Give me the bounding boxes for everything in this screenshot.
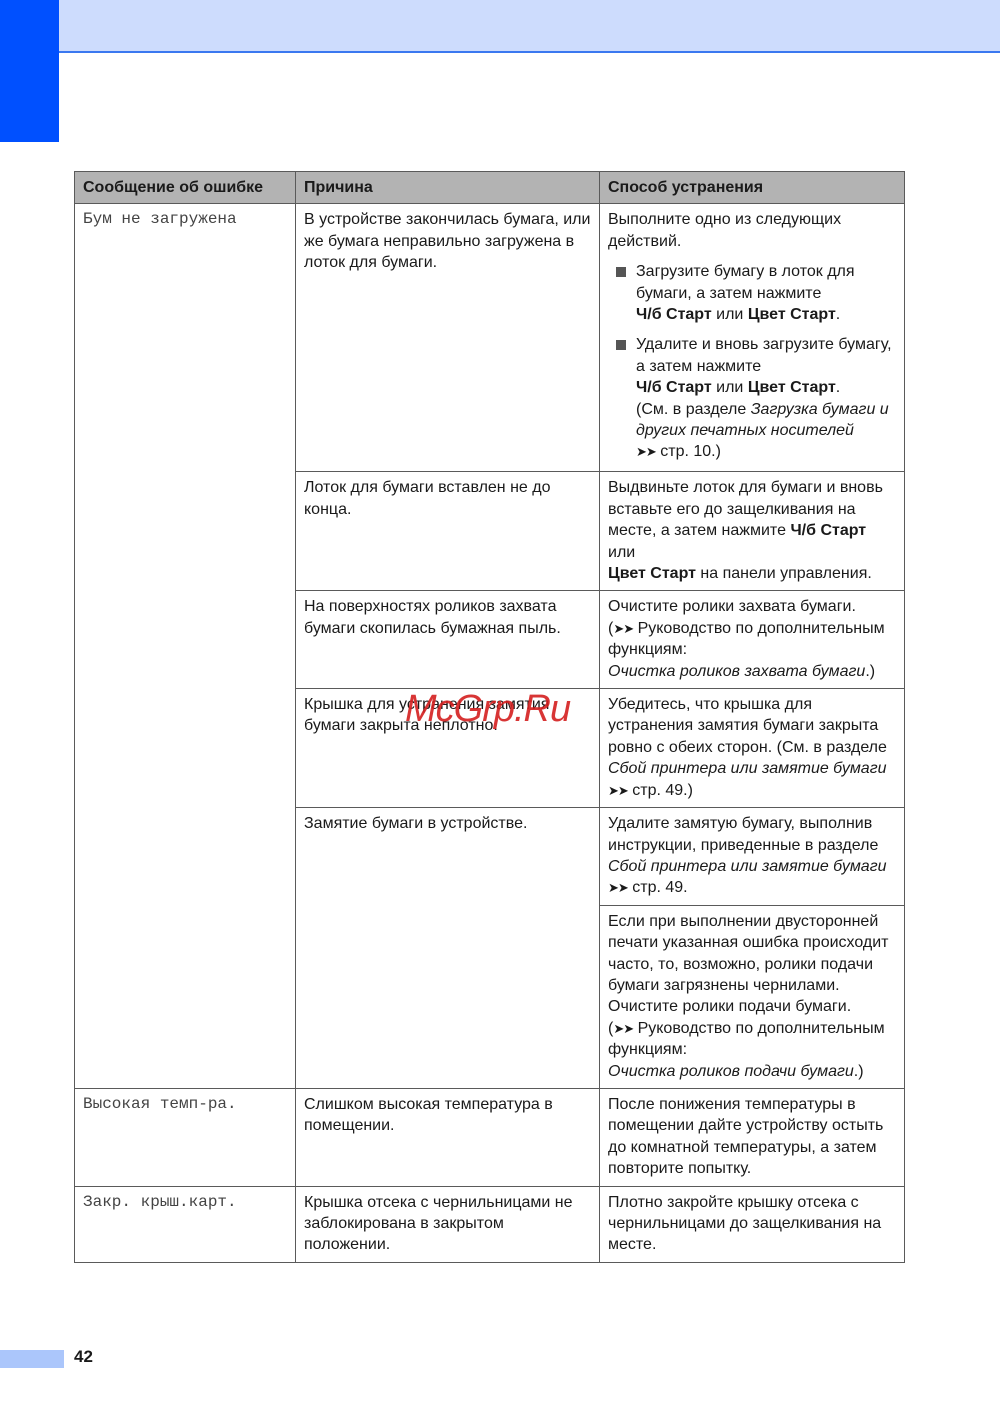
column-header-remedy: Способ устранения bbox=[600, 172, 905, 204]
colour-start-key: Цвет Старт bbox=[748, 306, 836, 323]
remedy-bullet: Загрузите бумагу в лоток для бумаги, а з… bbox=[608, 261, 896, 325]
double-arrow-icon: ➤➤ bbox=[608, 880, 628, 895]
remedy-cell: Выполните одно из следующих действий. За… bbox=[600, 204, 905, 472]
cross-reference-link[interactable]: Сбой принтера или замятие бумаги bbox=[608, 858, 886, 875]
remedy-cell: Плотно закройте крышку отсека с чернильн… bbox=[600, 1186, 905, 1262]
mono-start-key: Ч/б Старт bbox=[636, 306, 712, 323]
error-message-no-paper: Бум не загружена bbox=[75, 204, 296, 1089]
column-header-cause: Причина bbox=[296, 172, 600, 204]
remedy-cell: Выдвиньте лоток для бумаги и вновь встав… bbox=[600, 472, 905, 591]
table-row: Высокая темп-ра. Слишком высокая темпера… bbox=[75, 1088, 905, 1186]
remedy-intro: Выполните одно из следующих действий. bbox=[608, 209, 896, 252]
page-number: 42 bbox=[74, 1347, 93, 1367]
chapter-side-tab bbox=[0, 0, 59, 142]
square-bullet-icon bbox=[616, 340, 626, 350]
cause-cell: На поверхностях роликов захвата бумаги с… bbox=[296, 591, 600, 689]
remedy-cell: Удалите замятую бумагу, выполнив инструк… bbox=[600, 808, 905, 906]
remedy-cell: После понижения температуры в помещении … bbox=[600, 1088, 905, 1186]
square-bullet-icon bbox=[616, 267, 626, 277]
mono-start-key: Ч/б Старт bbox=[636, 379, 712, 396]
colour-start-key: Цвет Старт bbox=[748, 379, 836, 396]
cross-reference-link[interactable]: Очистка роликов подачи бумаги bbox=[608, 1063, 854, 1080]
cause-cell: Лоток для бумаги вставлен не до конца. bbox=[296, 472, 600, 591]
watermark: McGrp.Ru bbox=[405, 688, 570, 731]
cause-cell: Крышка отсека с чернильницами не заблоки… bbox=[296, 1186, 600, 1262]
double-arrow-icon: ➤➤ bbox=[608, 783, 628, 798]
page-number-bar bbox=[0, 1350, 64, 1368]
error-message-high-temperature: Высокая темп-ра. bbox=[75, 1088, 296, 1186]
column-header-message: Сообщение об ошибке bbox=[75, 172, 296, 204]
table-header-row: Сообщение об ошибке Причина Способ устра… bbox=[75, 172, 905, 204]
mono-start-key: Ч/б Старт bbox=[790, 522, 866, 539]
cause-cell: Слишком высокая температура в помещении. bbox=[296, 1088, 600, 1186]
cause-cell: В устройстве закончилась бумага, или же … bbox=[296, 204, 600, 472]
cross-reference-link[interactable]: Очистка роликов захвата бумаги bbox=[608, 663, 865, 680]
remedy-bullet: Удалите и вновь загрузите бумагу, а зате… bbox=[608, 334, 896, 462]
remedy-cell: Очистите ролики захвата бумаги. (➤➤ Руко… bbox=[600, 591, 905, 689]
error-message-cover-open: Закр. крыш.карт. bbox=[75, 1186, 296, 1262]
double-arrow-icon: ➤➤ bbox=[613, 1021, 633, 1036]
table-row: Закр. крыш.карт. Крышка отсека с черниль… bbox=[75, 1186, 905, 1262]
table-row: Бум не загружена В устройстве закончилас… bbox=[75, 204, 905, 472]
header-band bbox=[59, 0, 1000, 53]
double-arrow-icon: ➤➤ bbox=[613, 621, 633, 636]
remedy-cell: Убедитесь, что крышка для устранения зам… bbox=[600, 689, 905, 808]
double-arrow-icon: ➤➤ bbox=[636, 444, 656, 459]
cause-cell: Замятие бумаги в устройстве. bbox=[296, 808, 600, 1089]
colour-start-key: Цвет Старт bbox=[608, 565, 696, 582]
cross-reference-link[interactable]: Сбой принтера или замятие бумаги bbox=[608, 760, 886, 777]
remedy-cell: Если при выполнении двусторонней печати … bbox=[600, 905, 905, 1088]
